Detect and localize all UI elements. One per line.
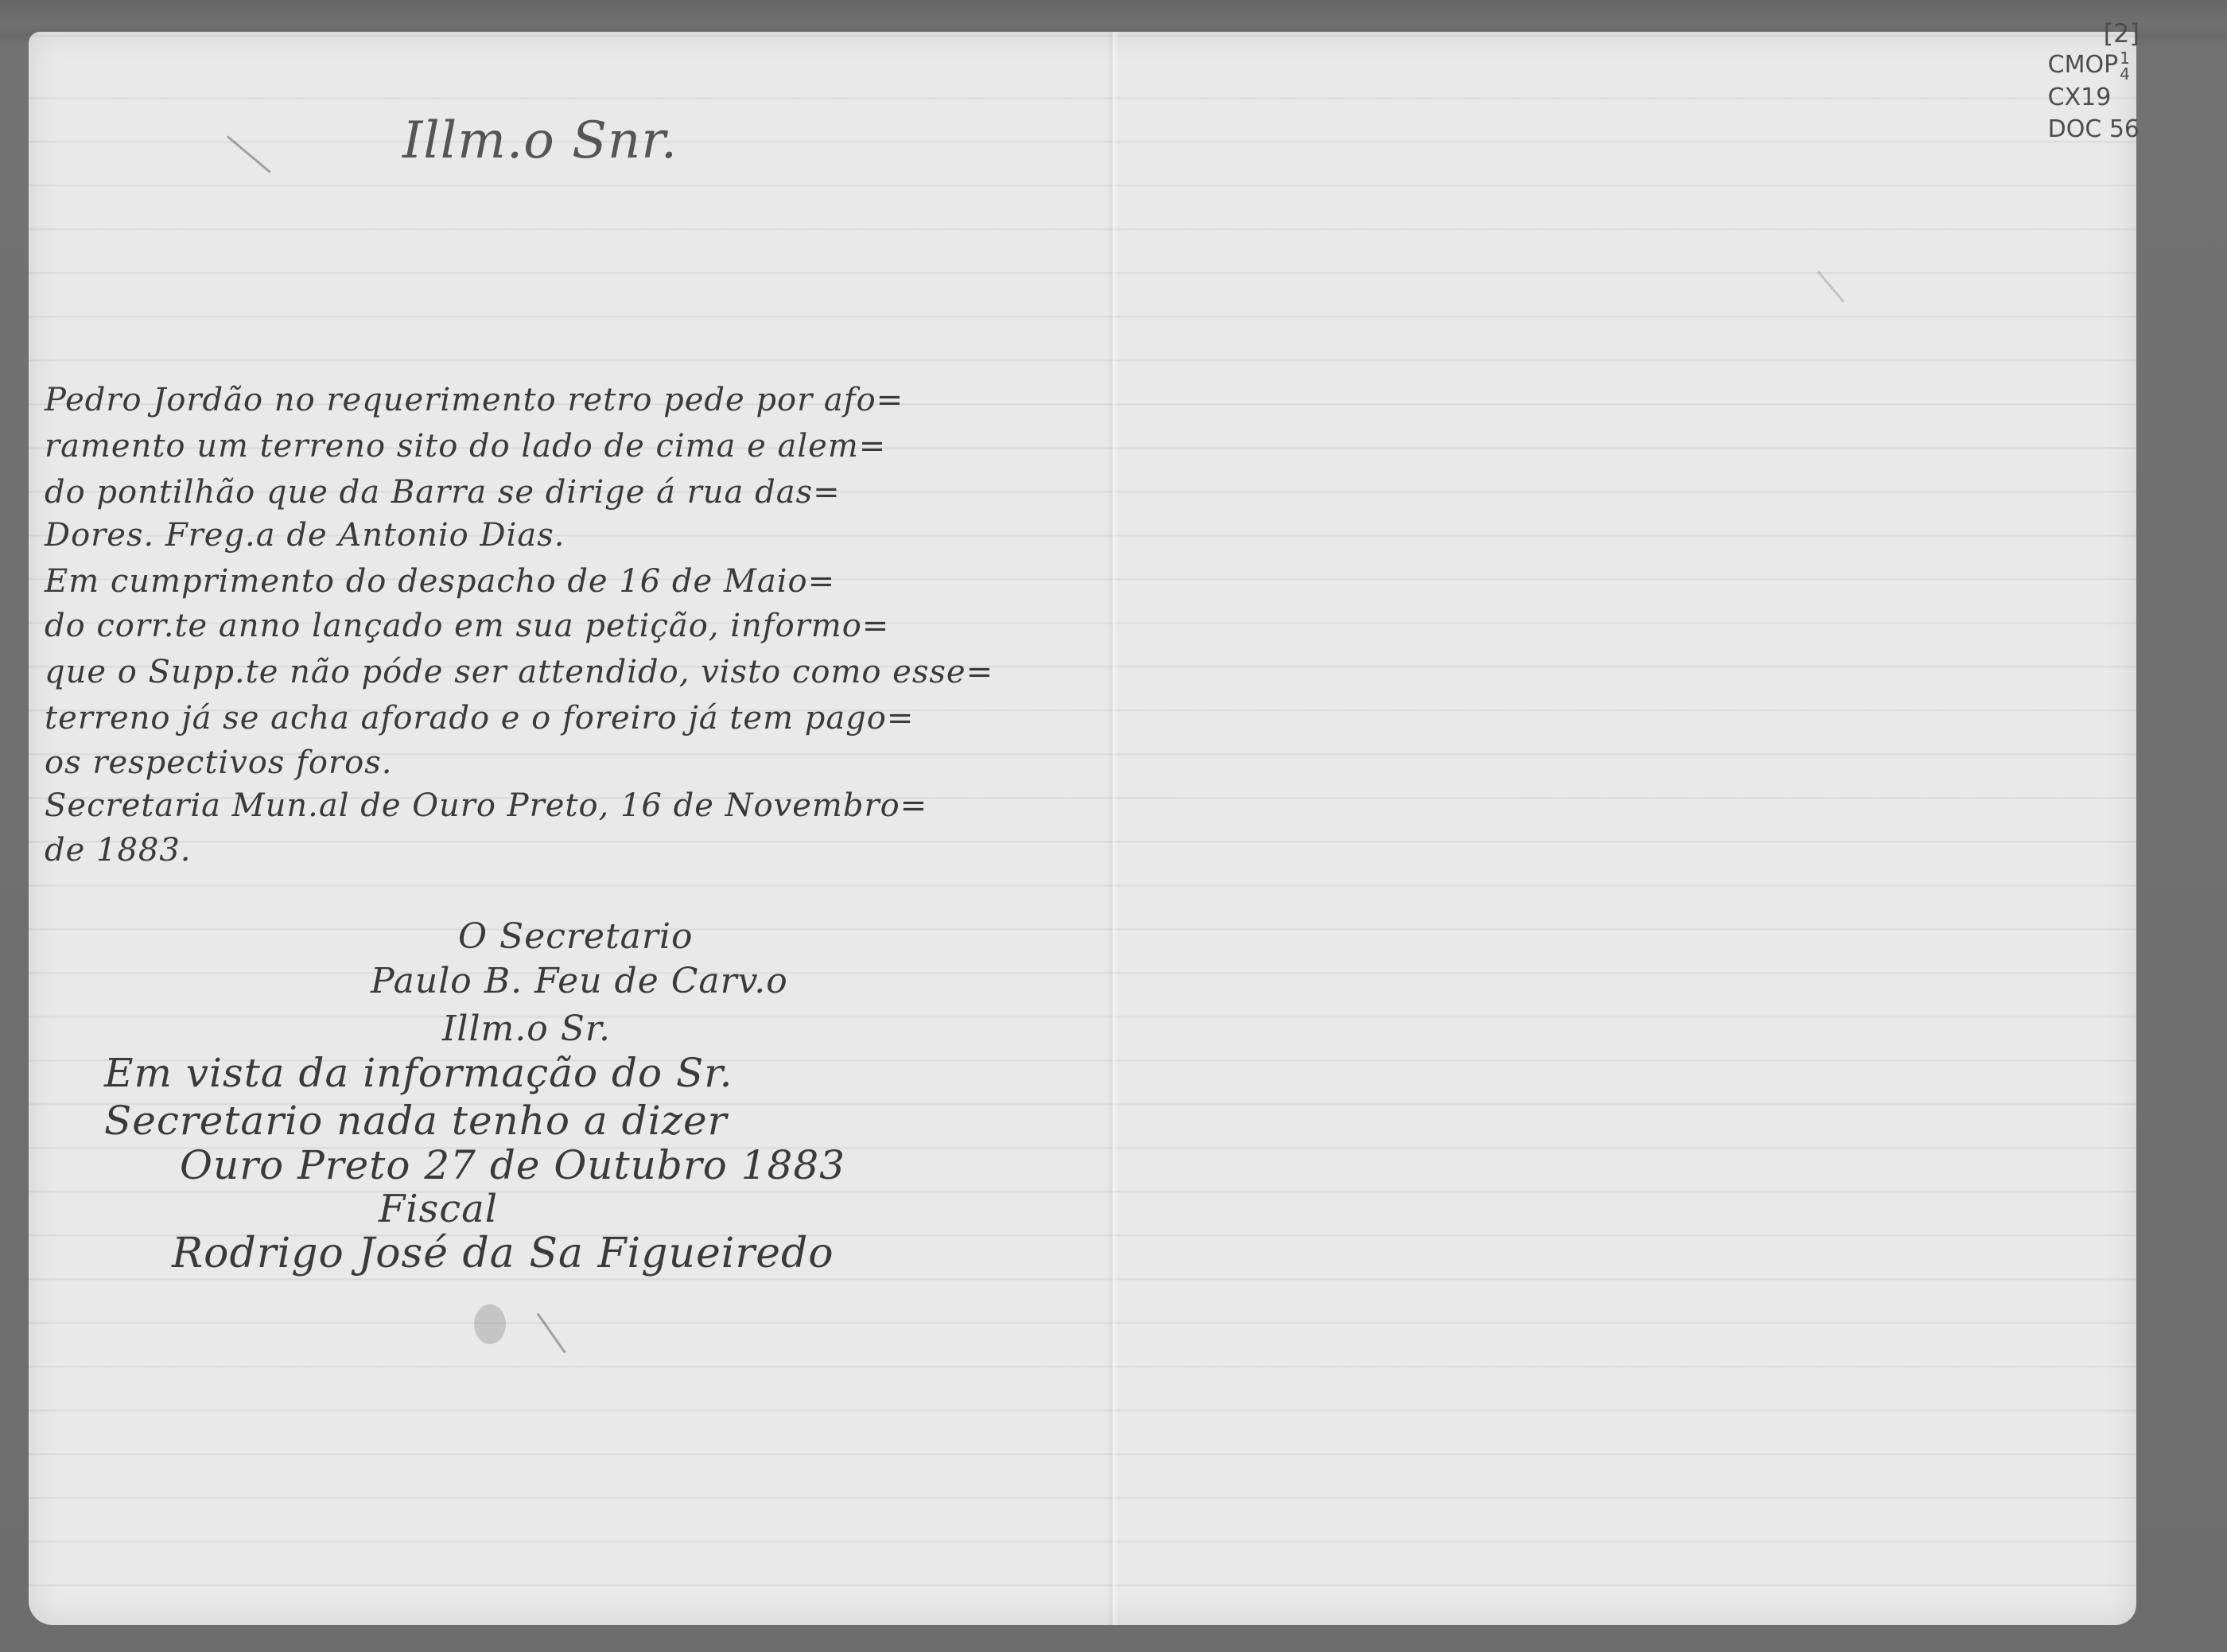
body-line-6: do corr.te anno lançado em sua petição, …	[45, 608, 889, 644]
body-line-4: Dores. Freg.a de Antonio Dias.	[45, 517, 565, 554]
body-line-5: Em cumprimento do despacho de 16 de Maio…	[45, 563, 835, 600]
secretary-name: Paulo B. Feu de Carv.o	[371, 961, 788, 1001]
body-line-11: de 1883.	[45, 832, 192, 869]
ink-stroke	[537, 1313, 566, 1354]
ink-smudge	[474, 1304, 506, 1344]
box-code: CX19	[2048, 82, 2140, 114]
ink-stroke	[1817, 271, 1844, 303]
secretary-title: O Secretario	[458, 916, 693, 957]
endorsement-line-2: Secretario nada tenho a dizer	[104, 1098, 727, 1144]
fraction-bottom: 4	[2120, 64, 2130, 84]
body-line-9: os respectivos foros.	[45, 744, 392, 781]
endorsement-role: Fiscal	[379, 1187, 498, 1231]
collection-code: CMOP14	[2048, 49, 2140, 82]
ink-stroke	[227, 135, 271, 173]
body-line-10: Secretaria Mun.al de Ouro Preto, 16 de N…	[45, 787, 927, 824]
salutation: Illm.o Snr.	[402, 111, 678, 170]
body-line-2: ramento um terreno sito do lado de cima …	[45, 428, 886, 465]
right-page	[1118, 32, 2136, 1625]
center-fold	[1107, 32, 1118, 1625]
endorsement-salutation: Illm.o Sr.	[442, 1009, 611, 1049]
endorsement-line-1: Em vista da informação do Sr.	[104, 1050, 733, 1096]
document-sheet: Illm.o Snr. Pedro Jordão no requerimento…	[29, 32, 2136, 1625]
doc-code: DOC 56	[2048, 114, 2140, 146]
body-line-3: do pontilhão que da Barra se dirige á ru…	[45, 474, 841, 511]
body-line-7: que o Supp.te não póde ser attendido, vi…	[45, 654, 993, 690]
archive-stamp: [2] CMOP14 CX19 DOC 56	[2048, 17, 2140, 146]
collection-fraction: 14	[2120, 50, 2130, 82]
endorsement-date: Ouro Preto 27 de Outubro 1883	[180, 1142, 845, 1188]
body-line-8: terreno já se acha aforado e o foreiro j…	[45, 700, 914, 737]
left-page: Illm.o Snr. Pedro Jordão no requerimento…	[29, 32, 1107, 1625]
body-line-1: Pedro Jordão no requerimento retro pede …	[45, 382, 904, 418]
endorsement-signature: Rodrigo José da Sa Figueiredo	[172, 1230, 834, 1277]
folio-number: [2]	[2048, 17, 2140, 49]
collection-label: CMOP	[2048, 51, 2119, 79]
